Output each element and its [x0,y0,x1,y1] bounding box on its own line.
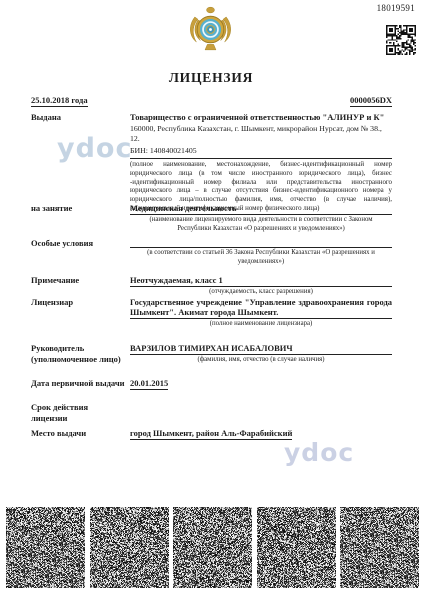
field-label: Примечание [31,275,130,297]
activity-value: Медицинская деятельность [130,203,392,215]
field-label: Особые условия [31,238,130,267]
barcode-block-icon [90,507,169,588]
document-serial-number: 18019591 [377,3,415,13]
field-caption: (наименование лицензируемого вида деятел… [130,215,392,234]
barcode-block-icon [173,507,252,588]
barcode-block-icon [340,507,419,588]
field-activity: на занятие Медицинская деятельность (наи… [31,203,392,234]
field-label: Место выдачи [31,428,130,440]
empty-value-line [130,238,392,248]
field-caption: (в соответствии со статьей 36 Закона Рес… [130,248,392,267]
qr-code-icon [386,25,416,55]
barcode-block-icon [6,507,85,588]
issue-date: 25.10.2018 года [31,95,88,107]
licensor-value: Государственное учреждение "Управление з… [130,297,392,319]
field-caption: (полное наименование лицензиара) [130,319,392,329]
head-name: ВАРЗИЛОВ ТИМИРХАН ИСАБАЛОВИЧ [130,343,392,355]
licensee-bin: БИН: 140840021405 [130,146,392,156]
kazakhstan-emblem-icon [187,6,234,53]
field-label: Выдана [31,112,130,213]
page-title: ЛИЦЕНЗИЯ [0,70,422,86]
field-issued-to: Выдана Товарищество с ограниченной ответ… [31,112,392,213]
field-label: Лицензиар [31,297,130,329]
field-special-conditions: Особые условия (в соответствии со статье… [31,238,392,267]
issue-place-value: город Шымкент, район Аль-Фарабийский [130,428,292,440]
field-caption: (фамилия, имя, отчество (в случае наличи… [130,355,392,365]
field-issue-place: Место выдачи город Шымкент, район Аль-Фа… [31,428,392,440]
field-label: Срок действия лицензии [31,402,101,423]
barcode-block-icon [257,507,336,588]
first-issue-date-value: 20.01.2015 [130,378,168,390]
licensee-name: Товарищество с ограниченной ответственно… [130,112,392,122]
field-caption: (отчуждаемость, класс разрешения) [130,287,392,297]
field-label-secondary: (уполномоченное лицо) [31,354,130,365]
field-label: Руководитель [31,343,130,354]
license-document: 18019591 ЛИЦЕНЗИЯ 25.10.2018 года 000005… [0,0,422,600]
field-validity: Срок действия лицензии [31,402,392,423]
field-label: Дата первичной выдачи [31,378,130,390]
issue-date-number-row: 25.10.2018 года 0000056DX [31,95,392,107]
field-first-issue-date: Дата первичной выдачи 20.01.2015 [31,378,392,390]
license-number: 0000056DX [350,95,392,107]
barcode-strip [6,507,419,588]
field-label: на занятие [31,203,130,234]
watermark-ydoc: ydoc [284,438,354,467]
licensee-address: 160000, Республика Казахстан, г. Шымкент… [130,124,392,143]
field-licensor: Лицензиар Государственное учреждение "Уп… [31,297,392,329]
field-head: Руководитель (уполномоченное лицо) ВАРЗИ… [31,343,392,365]
validity-value [101,402,392,423]
note-value: Неотчуждаемая, класс 1 [130,275,392,287]
field-note: Примечание Неотчуждаемая, класс 1 (отчуж… [31,275,392,297]
